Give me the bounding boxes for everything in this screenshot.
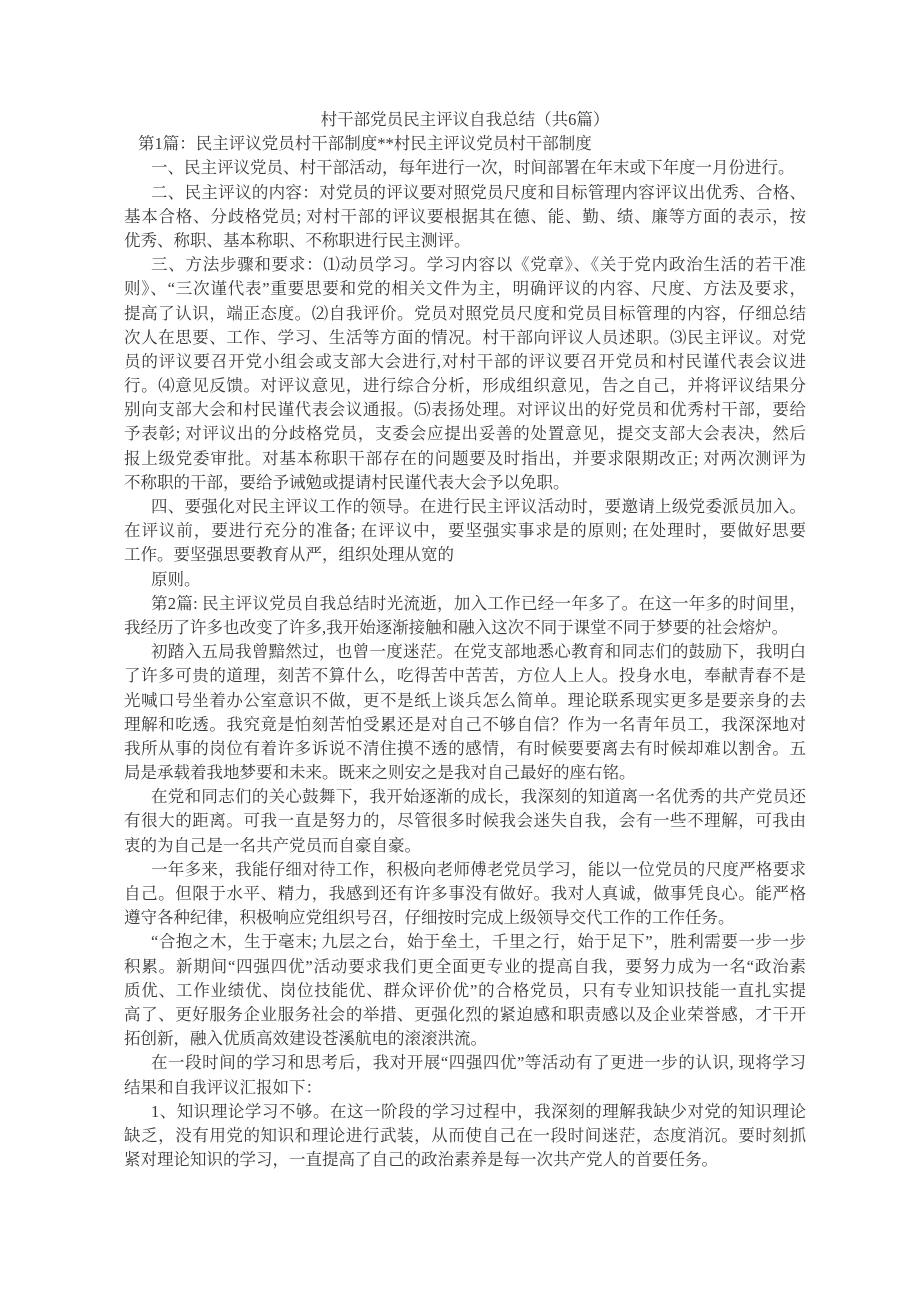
text-line: 积累。新期间“四强四优”活动要求我们更全面更专业的提高自我，要努力成为一名“政治… (124, 955, 806, 979)
text-line: 理解和吃透。我究竟是怕刻苦怕受累还是对自己不够自信？作为一名青年员工，我深深地对 (124, 713, 806, 737)
text-line: 衷的为自己是一名共产党员而自豪自豪。 (124, 834, 806, 858)
text-line: 局是承载着我地梦要和未来。既来之则安之是我对自己最好的座右铭。 (124, 761, 806, 785)
text-line: 了许多可贵的道理，刻苦不算什么，吃得苦中苦苦，方位人上人。投身水电，奉献青春不是 (124, 664, 806, 688)
text-line: 缺乏，没有用党的知识和理论进行武装，从而使自己在一段时间迷茫，态度消沉。要时刻抓 (124, 1124, 806, 1148)
text-line: 自己。但限于水平、精力，我感到还有许多事没有做好。我对人真诚，做事凭良心。能严格 (124, 882, 806, 906)
text-line: 行。⑷意见反馈。对评议意见，进行综合分析，形成组织意见，告之自己，并将评议结果分 (124, 374, 806, 398)
text-line: 基本合格、分歧格党员; 对村干部的评议要根据其在德、能、勤、绩、廉等方面的表示，… (124, 205, 806, 229)
text-line: 1、知识理论学习不够。在这一阶段的学习过程中，我深刻的理解我缺少对党的知识理论 (124, 1100, 806, 1124)
document-title: 村干部党员民主评议自我总结（共6篇） (124, 108, 806, 132)
text-line: 三、方法步骤和要求：⑴动员学习。学习内容以《党章》、《关于党内政治生活的若干准 (124, 253, 806, 277)
text-line: 有很大的距离。可我一直是努力的，尽管很多时候我会迷失自我，会有一些不理解，可我由 (124, 809, 806, 833)
text-line: 四、要强化对民主评议工作的领导。在进行民主评议活动时，要邀请上级党委派员加入。 (124, 495, 806, 519)
text-line: 提高了认识，端正态度。⑵自我评价。党员对照党员尺度和党员目标管理的内容，仔细总结 (124, 302, 806, 326)
document-page: 村干部党员民主评议自我总结（共6篇） 第1篇：民主评议党员村干部制度**村民主评… (0, 0, 920, 1302)
text-line: 光喊口号坐着办公室意识不做，更不是纸上谈兵怎么简单。理论联系现实更多是要亲身的去 (124, 689, 806, 713)
text-line: 工作。要坚强思要教育从严，组织处理从宽的 (124, 543, 806, 567)
text-line: 报上级党委审批。对基本称职干部存在的问题要及时指出，并要求限期改正; 对两次测评… (124, 447, 806, 471)
text-line: 初踏入五局我曾黯然过，也曾一度迷茫。在党支部地悉心教育和同志们的鼓励下，我明白 (124, 640, 806, 664)
text-line: 在一段时间的学习和思考后，我对开展“四强四优”等活动有了更进一步的认识, 现将学… (124, 1051, 806, 1075)
text-line: 优秀、称职、基本称职、不称职进行民主测评。 (124, 229, 806, 253)
text-line: 遵守各种纪律，积极响应党组织号召，仔细按时完成上级领导交代工作的工作任务。 (124, 906, 806, 930)
text-line: 第1篇：民主评议党员村干部制度**村民主评议党员村干部制度 (124, 132, 806, 156)
text-line: 员的评议要召开党小组会或支部大会进行,对村干部的评议要召开党员和村民谨代表会议进 (124, 350, 806, 374)
text-line: 我经历了许多也改变了许多,我开始逐渐接触和融入这次不同于课堂不同于梦要的社会熔炉… (124, 616, 806, 640)
text-line: 紧对理论知识的学习，一直提高了自己的政治素养是每一次共产党人的首要任务。 (124, 1148, 806, 1172)
text-line: 在评议前，要进行充分的准备; 在评议中，要坚强实事求是的原则; 在处理时，要做好… (124, 519, 806, 543)
text-line: 原则。 (124, 568, 806, 592)
text-line: “合抱之木，生于毫末; 九层之台，始于垒土，千里之行，始于足下”，胜利需要一步一… (124, 930, 806, 954)
text-line: 第2篇: 民主评议党员自我总结时光流逝，加入工作已经一年多了。在这一年多的时间里… (124, 592, 806, 616)
text-line: 予表彰; 对评议出的分歧格党员，支委会应提出妥善的处置意见，提交支部大会表决，然… (124, 422, 806, 446)
text-line: 一年多来，我能仔细对待工作，积极向老师傅老党员学习，能以一位党员的尺度严格要求 (124, 858, 806, 882)
text-line: 质优、工作业绩优、岗位技能优、群众评价优”的合格党员，只有专业知识技能一直扎实提 (124, 979, 806, 1003)
text-line: 在党和同志们的关心鼓舞下，我开始逐渐的成长，我深刻的知道离一名优秀的共产党员还 (124, 785, 806, 809)
text-line: 我所从事的岗位有着许多诉说不清住摸不透的感情，有时候要要离去有时候却难以割舍。五 (124, 737, 806, 761)
text-line: 二、民主评议的内容：对党员的评议要对照党员尺度和目标管理内容评议出优秀、合格、 (124, 181, 806, 205)
document-body: 村干部党员民主评议自我总结（共6篇） 第1篇：民主评议党员村干部制度**村民主评… (124, 0, 806, 1172)
text-line: 拓创新，融入优质高效建设苍溪航电的滚滚洪流。 (124, 1027, 806, 1051)
text-line: 结果和自我评议汇报如下： (124, 1076, 806, 1100)
text-line: 一、民主评议党员、村干部活动，每年进行一次，时间部署在年末或下年度一月份进行。 (124, 156, 806, 180)
text-line: 高了、更好服务企业服务社会的举措、更强化烈的紧迫感和职责感以及企业荣誉感，才干开 (124, 1003, 806, 1027)
text-line: 次人在思要、工作、学习、生活等方面的情况。村干部向评议人员述职。⑶民主评议。对党 (124, 326, 806, 350)
text-line: 别向支部大会和村民谨代表会议通报。⑸表扬处理。对评议出的好党员和优秀村干部，要给 (124, 398, 806, 422)
text-line: 则》、“三次谨代表”重要思要和党的相关文件为主，明确评议的内容、尺度、方法及要求… (124, 277, 806, 301)
text-line: 不称职的干部，要给予诫勉或提请村民谨代表大会予以免职。 (124, 471, 806, 495)
